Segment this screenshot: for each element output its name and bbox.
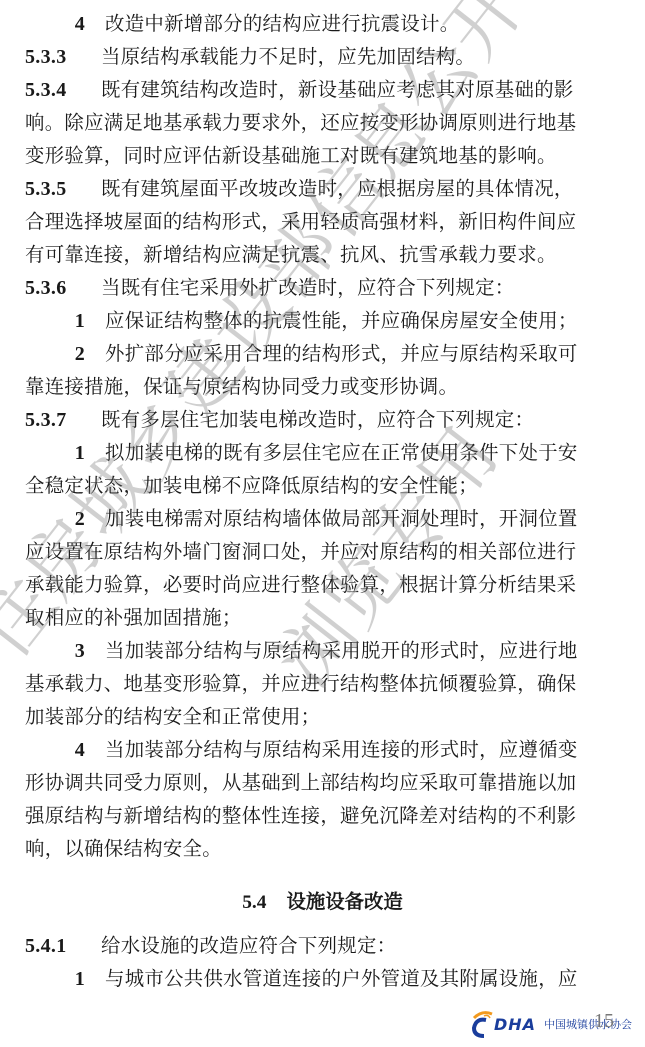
item-number: 4 <box>45 8 85 41</box>
clause: 5.3.3当原结构承载能力不足时，应先加固结构。 <box>25 40 625 73</box>
clause-number: 5.4.1 <box>25 930 101 963</box>
list-item: 4改造中新增部分的结构应进行抗震设计。 <box>25 7 625 40</box>
text-line: 有可靠连接，新增结构应满足抗震、抗风、抗雪承载力要求。 <box>25 238 625 271</box>
item-number: 3 <box>45 635 85 668</box>
list-item: 2外扩部分应采用合理的结构形式，并应与原结构采取可 <box>25 337 625 370</box>
item-text: 加装电梯需对原结构墙体做局部开洞处理时，开洞位置 <box>105 507 578 530</box>
clause: 5.3.4既有建筑结构改造时，新设基础应考虑其对原基础的影 <box>25 73 625 106</box>
text-line: 应设置在原结构外墙门窗洞口处，并应对原结构的相关部位进行 <box>25 535 625 568</box>
section-heading: 5.4设施设备改造 <box>0 885 645 919</box>
text-line: 形协调共同受力原则，从基础到上部结构均应采取可靠措施以加 <box>25 766 625 799</box>
text-line: 响，以确保结构安全。 <box>25 832 625 865</box>
clause-number: 5.3.5 <box>25 173 101 206</box>
clause-text: 既有建筑结构改造时，新设基础应考虑其对原基础的影 <box>101 78 574 101</box>
item-text: 当加装部分结构与原结构采用脱开的形式时，应进行地 <box>105 639 578 662</box>
item-text: 当加装部分结构与原结构采用连接的形式时，应遵循变 <box>105 738 578 761</box>
section-number: 5.4 <box>242 892 266 913</box>
clause: 5.3.6当既有住宅采用外扩改造时，应符合下列规定： <box>25 271 625 304</box>
page-number: 15 <box>594 1010 614 1033</box>
clause: 5.4.1给水设施的改造应符合下列规定： <box>25 929 625 962</box>
section-title: 设施设备改造 <box>286 890 402 913</box>
document-page: 4改造中新增部分的结构应进行抗震设计。 5.3.3当原结构承载能力不足时，应先加… <box>0 0 645 1047</box>
list-item: 4当加装部分结构与原结构采用连接的形式时，应遵循变 <box>25 733 625 766</box>
logo-abbr: DHA <box>494 1015 536 1034</box>
item-number: 4 <box>45 734 85 767</box>
list-item: 1拟加装电梯的既有多层住宅应在正常使用条件下处于安 <box>25 436 625 469</box>
cuwa-logo-icon <box>470 1010 500 1038</box>
clause: 5.3.5既有建筑屋面平改坡改造时，应根据房屋的具体情况， <box>25 172 625 205</box>
item-number: 1 <box>45 437 85 470</box>
clause-number: 5.3.6 <box>25 272 101 305</box>
clause-text: 当原结构承载能力不足时，应先加固结构。 <box>101 45 475 68</box>
item-number: 2 <box>45 338 85 371</box>
clause: 5.3.7既有多层住宅加装电梯改造时，应符合下列规定： <box>25 403 625 436</box>
clause-text: 当既有住宅采用外扩改造时，应符合下列规定： <box>101 276 515 299</box>
text-line: 合理选择坡屋面的结构形式，采用轻质高强材料，新旧构件间应 <box>25 205 625 238</box>
item-text: 改造中新增部分的结构应进行抗震设计。 <box>105 12 459 35</box>
item-text: 与城市公共供水管道连接的户外管道及其附属设施，应 <box>105 967 578 990</box>
text-line: 强原结构与新增结构的整体性连接，避免沉降差对结构的不利影 <box>25 799 625 832</box>
item-text: 应保证结构整体的抗震性能，并应确保房屋安全使用； <box>105 309 578 332</box>
text-line: 基承载力、地基变形验算，并应进行结构整体抗倾覆验算，确保 <box>25 667 625 700</box>
list-item: 1应保证结构整体的抗震性能，并应确保房屋安全使用； <box>25 304 625 337</box>
clause-text: 既有建筑屋面平改坡改造时，应根据房屋的具体情况， <box>101 177 574 200</box>
item-number: 2 <box>45 503 85 536</box>
text-line: 取相应的补强加固措施； <box>25 601 625 634</box>
clause-text: 既有多层住宅加装电梯改造时，应符合下列规定： <box>101 408 534 431</box>
text-line: 加装部分的结构安全和正常使用； <box>25 700 625 733</box>
list-item: 3当加装部分结构与原结构采用脱开的形式时，应进行地 <box>25 634 625 667</box>
list-item: 1与城市公共供水管道连接的户外管道及其附属设施，应 <box>25 962 625 995</box>
clause-text: 给水设施的改造应符合下列规定： <box>101 934 396 957</box>
text-line: 全稳定状态，加装电梯不应降低原结构的安全性能； <box>25 469 625 502</box>
text-line: 承载能力验算，必要时尚应进行整体验算，根据计算分析结果采 <box>25 568 625 601</box>
logo-org-name: 中国城镇供水协会 <box>544 1016 632 1032</box>
clause-number: 5.3.7 <box>25 404 101 437</box>
text-line: 变形验算，同时应评估新设基础施工对既有建筑地基的影响。 <box>25 139 625 172</box>
list-item: 2加装电梯需对原结构墙体做局部开洞处理时，开洞位置 <box>25 502 625 535</box>
text-line: 响。除应满足地基承载力要求外，还应按变形协调原则进行地基 <box>25 106 625 139</box>
clause-number: 5.3.4 <box>25 74 101 107</box>
item-number: 1 <box>45 305 85 338</box>
clause-number: 5.3.3 <box>25 41 101 74</box>
item-number: 1 <box>45 963 85 996</box>
text-line: 靠连接措施，保证与原结构协同受力或变形协调。 <box>25 370 625 403</box>
item-text: 外扩部分应采用合理的结构形式，并应与原结构采取可 <box>105 342 578 365</box>
item-text: 拟加装电梯的既有多层住宅应在正常使用条件下处于安 <box>105 441 578 464</box>
